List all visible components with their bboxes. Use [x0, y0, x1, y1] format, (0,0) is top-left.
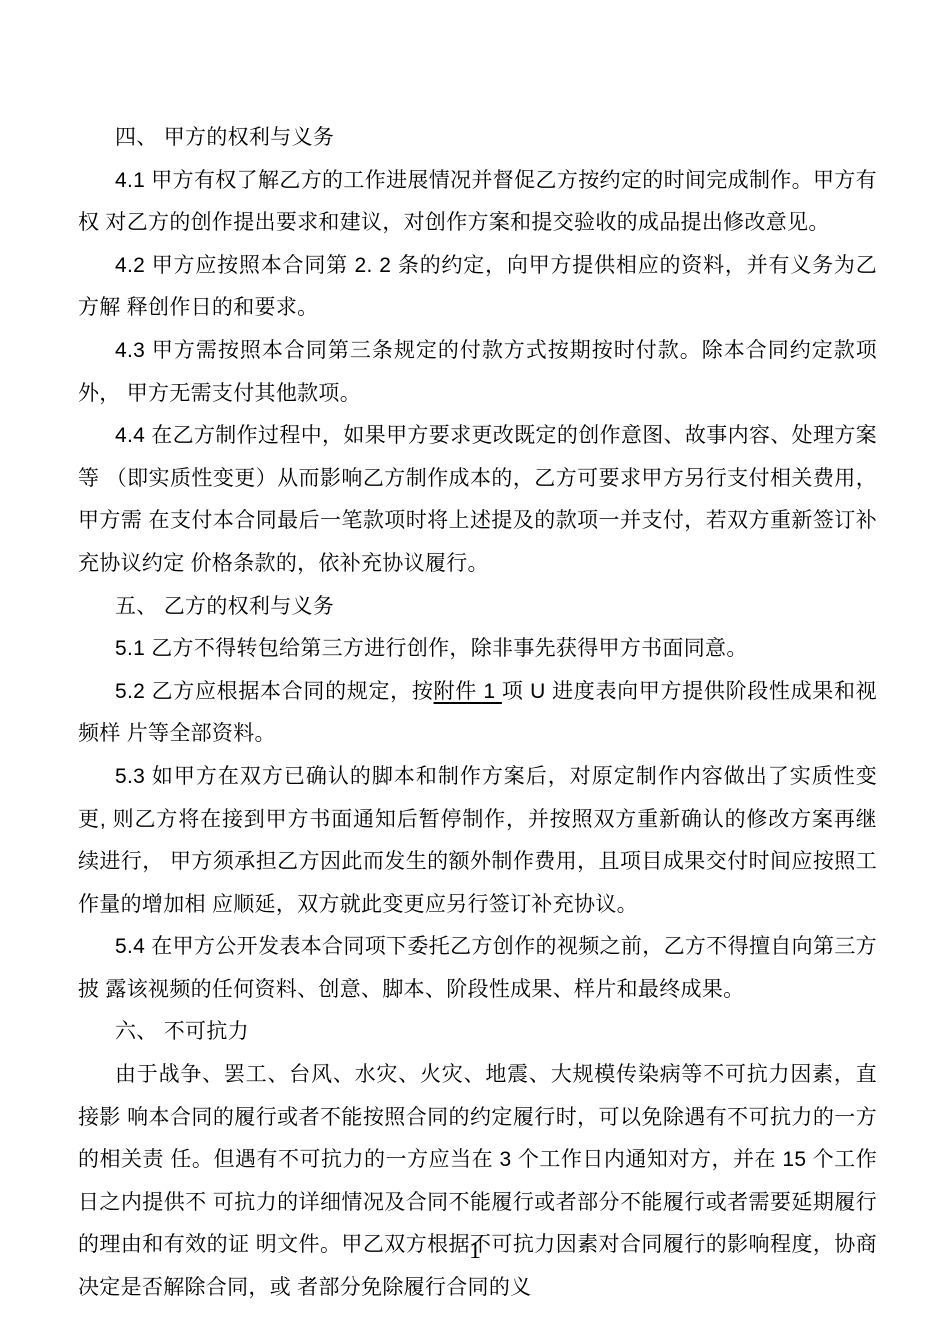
clause-4-2: 4.2 甲方应按照本合同第 2. 2 条的约定，向甲方提供相应的资料，并有义务为…	[78, 245, 877, 330]
clause-5-1: 5.1 乙方不得转包给第三方进行创作，除非事先获得甲方书面同意。	[78, 628, 877, 671]
clause-4-4: 4.4 在乙方制作过程中，如果甲方要求更改既定的创作意图、故事内容、处理方案等 …	[78, 415, 877, 585]
section-heading-party-a-rights: 四、 甲方的权利与义务	[78, 117, 877, 160]
section-heading-party-b-rights: 五、 乙方的权利与义务	[78, 586, 877, 629]
clause-4-1: 4.1 甲方有权了解乙方的工作进展情况并督促乙方按约定的时间完成制作。甲方有权 …	[78, 160, 877, 245]
attachment-1-reference: 附件 1	[434, 680, 502, 703]
clause-4-3: 4.3 甲方需按照本合同第三条规定的付款方式按期按时付款。除本合同约定款项外， …	[78, 330, 877, 415]
clause-5-2: 5.2 乙方应根据本合同的规定，按附件 1 项 U 进度表向甲方提供阶段性成果和…	[78, 671, 877, 756]
clause-5-3: 5.3 如甲方在双方已确认的脚本和制作方案后，对原定制作内容做出了实质性变更, …	[78, 756, 877, 926]
contract-body: 四、 甲方的权利与义务 4.1 甲方有权了解乙方的工作进展情况并督促乙方按约定的…	[78, 117, 877, 1310]
page-number: 1	[0, 1238, 950, 1265]
section-heading-force-majeure: 六、 不可抗力	[78, 1011, 877, 1054]
clause-5-4: 5.4 在甲方公开发表本合同项下委托乙方创作的视频之前，乙方不得擅自向第三方披 …	[78, 926, 877, 1011]
clause-5-2-text-before: 5.2 乙方应根据本合同的规定，按	[115, 680, 434, 703]
clause-6-force-majeure: 由于战争、罢工、台风、水灾、火灾、地震、大规模传染病等不可抗力因素，直接影 响本…	[78, 1054, 877, 1310]
document-page: 四、 甲方的权利与义务 4.1 甲方有权了解乙方的工作进展情况并督促乙方按约定的…	[0, 0, 950, 1344]
